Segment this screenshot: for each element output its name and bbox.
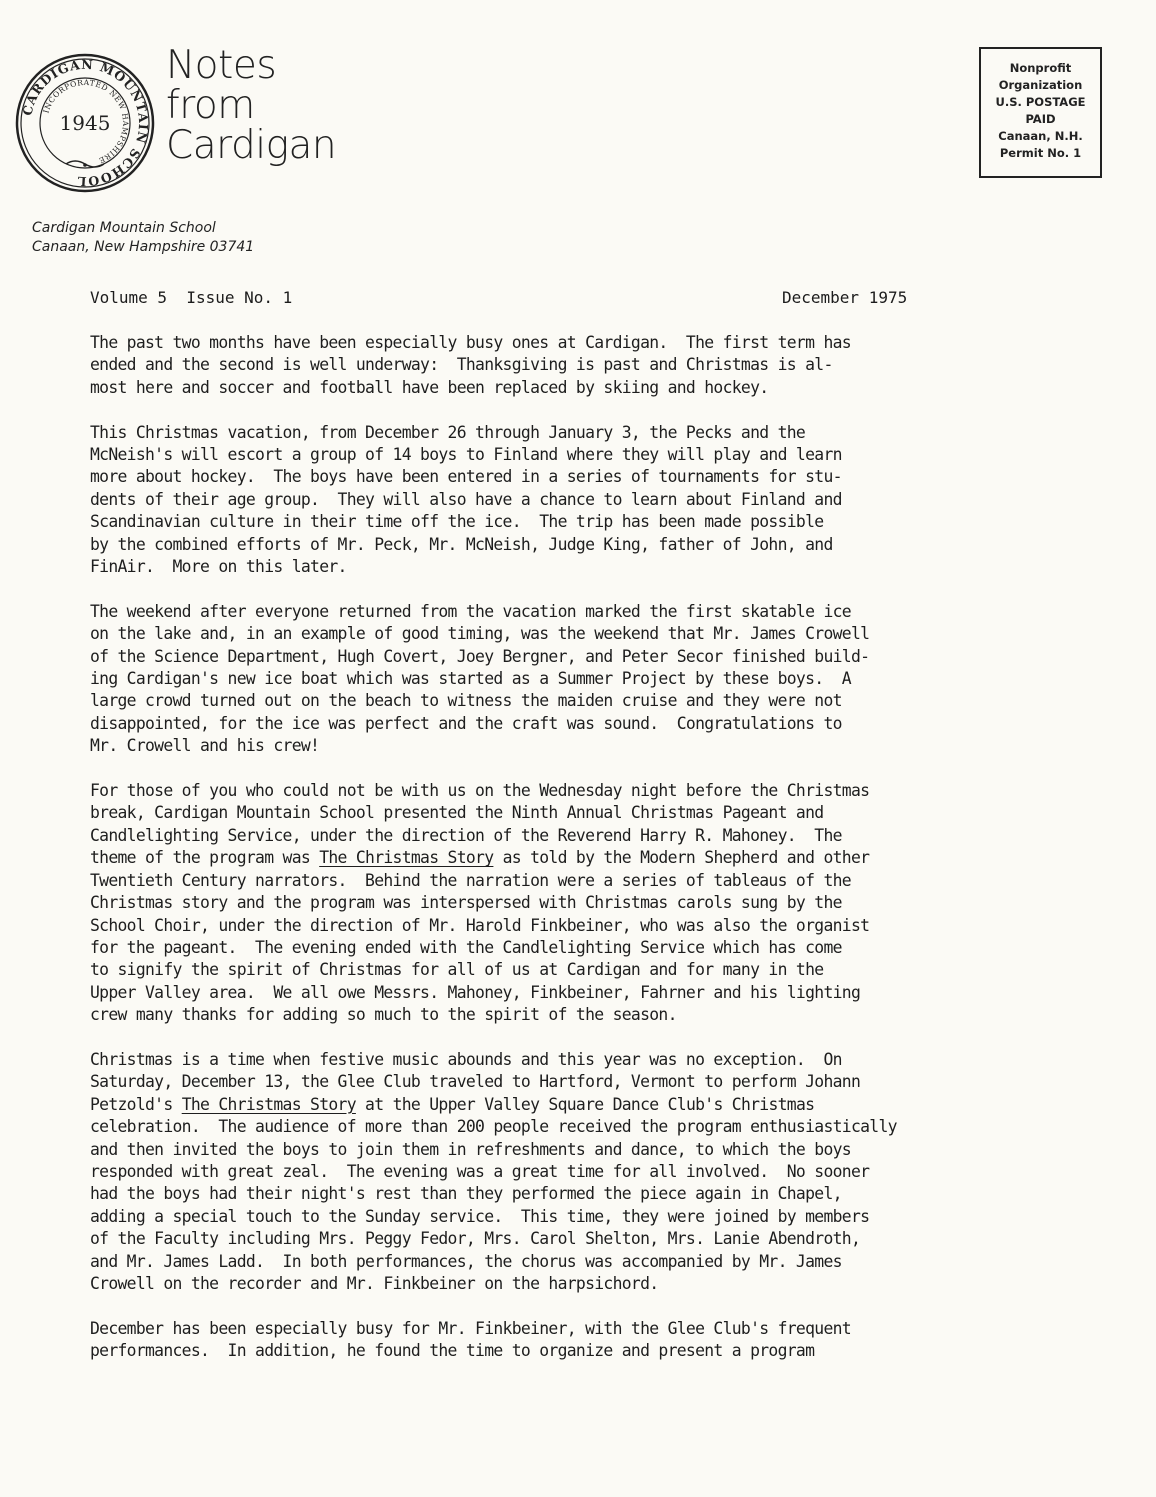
text-line: had the boys had their night's rest than… [90,1183,1140,1205]
text-line: crew many thanks for adding so much to t… [90,1004,1140,1026]
text-line: large crowd turned out on the beach to w… [90,690,1140,712]
text-line: The past two months have been especially… [90,332,1140,354]
text-line: Petzold's The Christmas Story at the Upp… [90,1094,1140,1116]
text-line: break, Cardigan Mountain School presente… [90,802,1140,824]
paragraph: This Christmas vacation, from December 2… [90,422,1140,579]
paragraph: For those of you who could not be with u… [90,780,1140,1026]
title-line-2: from [166,86,336,126]
text-line: by the combined efforts of Mr. Peck, Mr.… [90,534,1140,556]
newsletter-body: The past two months have been especially… [90,332,1140,1385]
text-line: and Mr. James Ladd. In both performances… [90,1251,1140,1273]
text-line: December has been especially busy for Mr… [90,1318,1140,1340]
title-line-3: Cardigan [166,126,336,166]
text-line: most here and soccer and football have b… [90,377,1140,399]
postage-line: U.S. POSTAGE [981,94,1100,111]
title-line-1: Notes [166,46,336,86]
text-line: of the Faculty including Mrs. Peggy Fedo… [90,1228,1140,1250]
text-line: School Choir, under the direction of Mr.… [90,915,1140,937]
postage-line: Organization [981,77,1100,94]
paragraph: Christmas is a time when festive music a… [90,1049,1140,1295]
school-seal-logo: CARDIGAN MOUNTAIN SCHOOL INCORPORATED NE… [14,52,156,194]
postage-line: Permit No. 1 [981,145,1100,162]
text-line: more about hockey. The boys have been en… [90,466,1140,488]
text-line: This Christmas vacation, from December 2… [90,422,1140,444]
seal-emblem-icon: CARDIGAN MOUNTAIN SCHOOL INCORPORATED NE… [14,52,156,194]
text-line: for the pageant. The evening ended with … [90,937,1140,959]
text-line: to signify the spirit of Christmas for a… [90,959,1140,981]
text-line: The weekend after everyone returned from… [90,601,1140,623]
text-line: on the lake and, in an example of good t… [90,623,1140,645]
paragraph: The weekend after everyone returned from… [90,601,1140,758]
text-line: theme of the program was The Christmas S… [90,847,1140,869]
text-line: Upper Valley area. We all owe Messrs. Ma… [90,982,1140,1004]
text-line: ended and the second is well underway: T… [90,354,1140,376]
issue-date: December 1975 [782,287,907,309]
paragraph: The past two months have been especially… [90,332,1140,399]
seal-year: 1945 [60,111,111,135]
text-line: Christmas is a time when festive music a… [90,1049,1140,1071]
text-line: and then invited the boys to join them i… [90,1139,1140,1161]
text-line: FinAir. More on this later. [90,556,1140,578]
text-line: celebration. The audience of more than 2… [90,1116,1140,1138]
text-line: disappointed, for the ice was perfect an… [90,713,1140,735]
volume-issue: Volume 5 Issue No. 1 [90,287,292,309]
text-line: Twentieth Century narrators. Behind the … [90,870,1140,892]
postage-indicia-box: Nonprofit Organization U.S. POSTAGE PAID… [979,47,1102,178]
text-line: For those of you who could not be with u… [90,780,1140,802]
text-line: adding a special touch to the Sunday ser… [90,1206,1140,1228]
text-line: dents of their age group. They will also… [90,489,1140,511]
text-line: Mr. Crowell and his crew! [90,735,1140,757]
address-line: Canaan, New Hampshire 03741 [32,238,254,257]
address-line: Cardigan Mountain School [32,219,254,238]
underlined-title: The Christmas Story [182,1095,356,1114]
text-line: McNeish's will escort a group of 14 boys… [90,444,1140,466]
postage-line: Canaan, N.H. [981,128,1100,145]
paragraph: December has been especially busy for Mr… [90,1318,1140,1363]
postage-line: Nonprofit [981,60,1100,77]
text-line: of the Science Department, Hugh Covert, … [90,646,1140,668]
postage-line: PAID [981,111,1100,128]
underlined-title: The Christmas Story [319,848,493,867]
text-line: Saturday, December 13, the Glee Club tra… [90,1071,1140,1093]
text-line: Christmas story and the program was inte… [90,892,1140,914]
text-line: Crowell on the recorder and Mr. Finkbein… [90,1273,1140,1295]
text-line: Scandinavian culture in their time off t… [90,511,1140,533]
newsletter-title: Notes from Cardigan [166,46,336,166]
text-line: ing Cardigan's new ice boat which was st… [90,668,1140,690]
text-line: performances. In addition, he found the … [90,1340,1140,1362]
return-address: Cardigan Mountain School Canaan, New Ham… [32,219,254,257]
text-line: Candlelighting Service, under the direct… [90,825,1140,847]
text-line: responded with great zeal. The evening w… [90,1161,1140,1183]
